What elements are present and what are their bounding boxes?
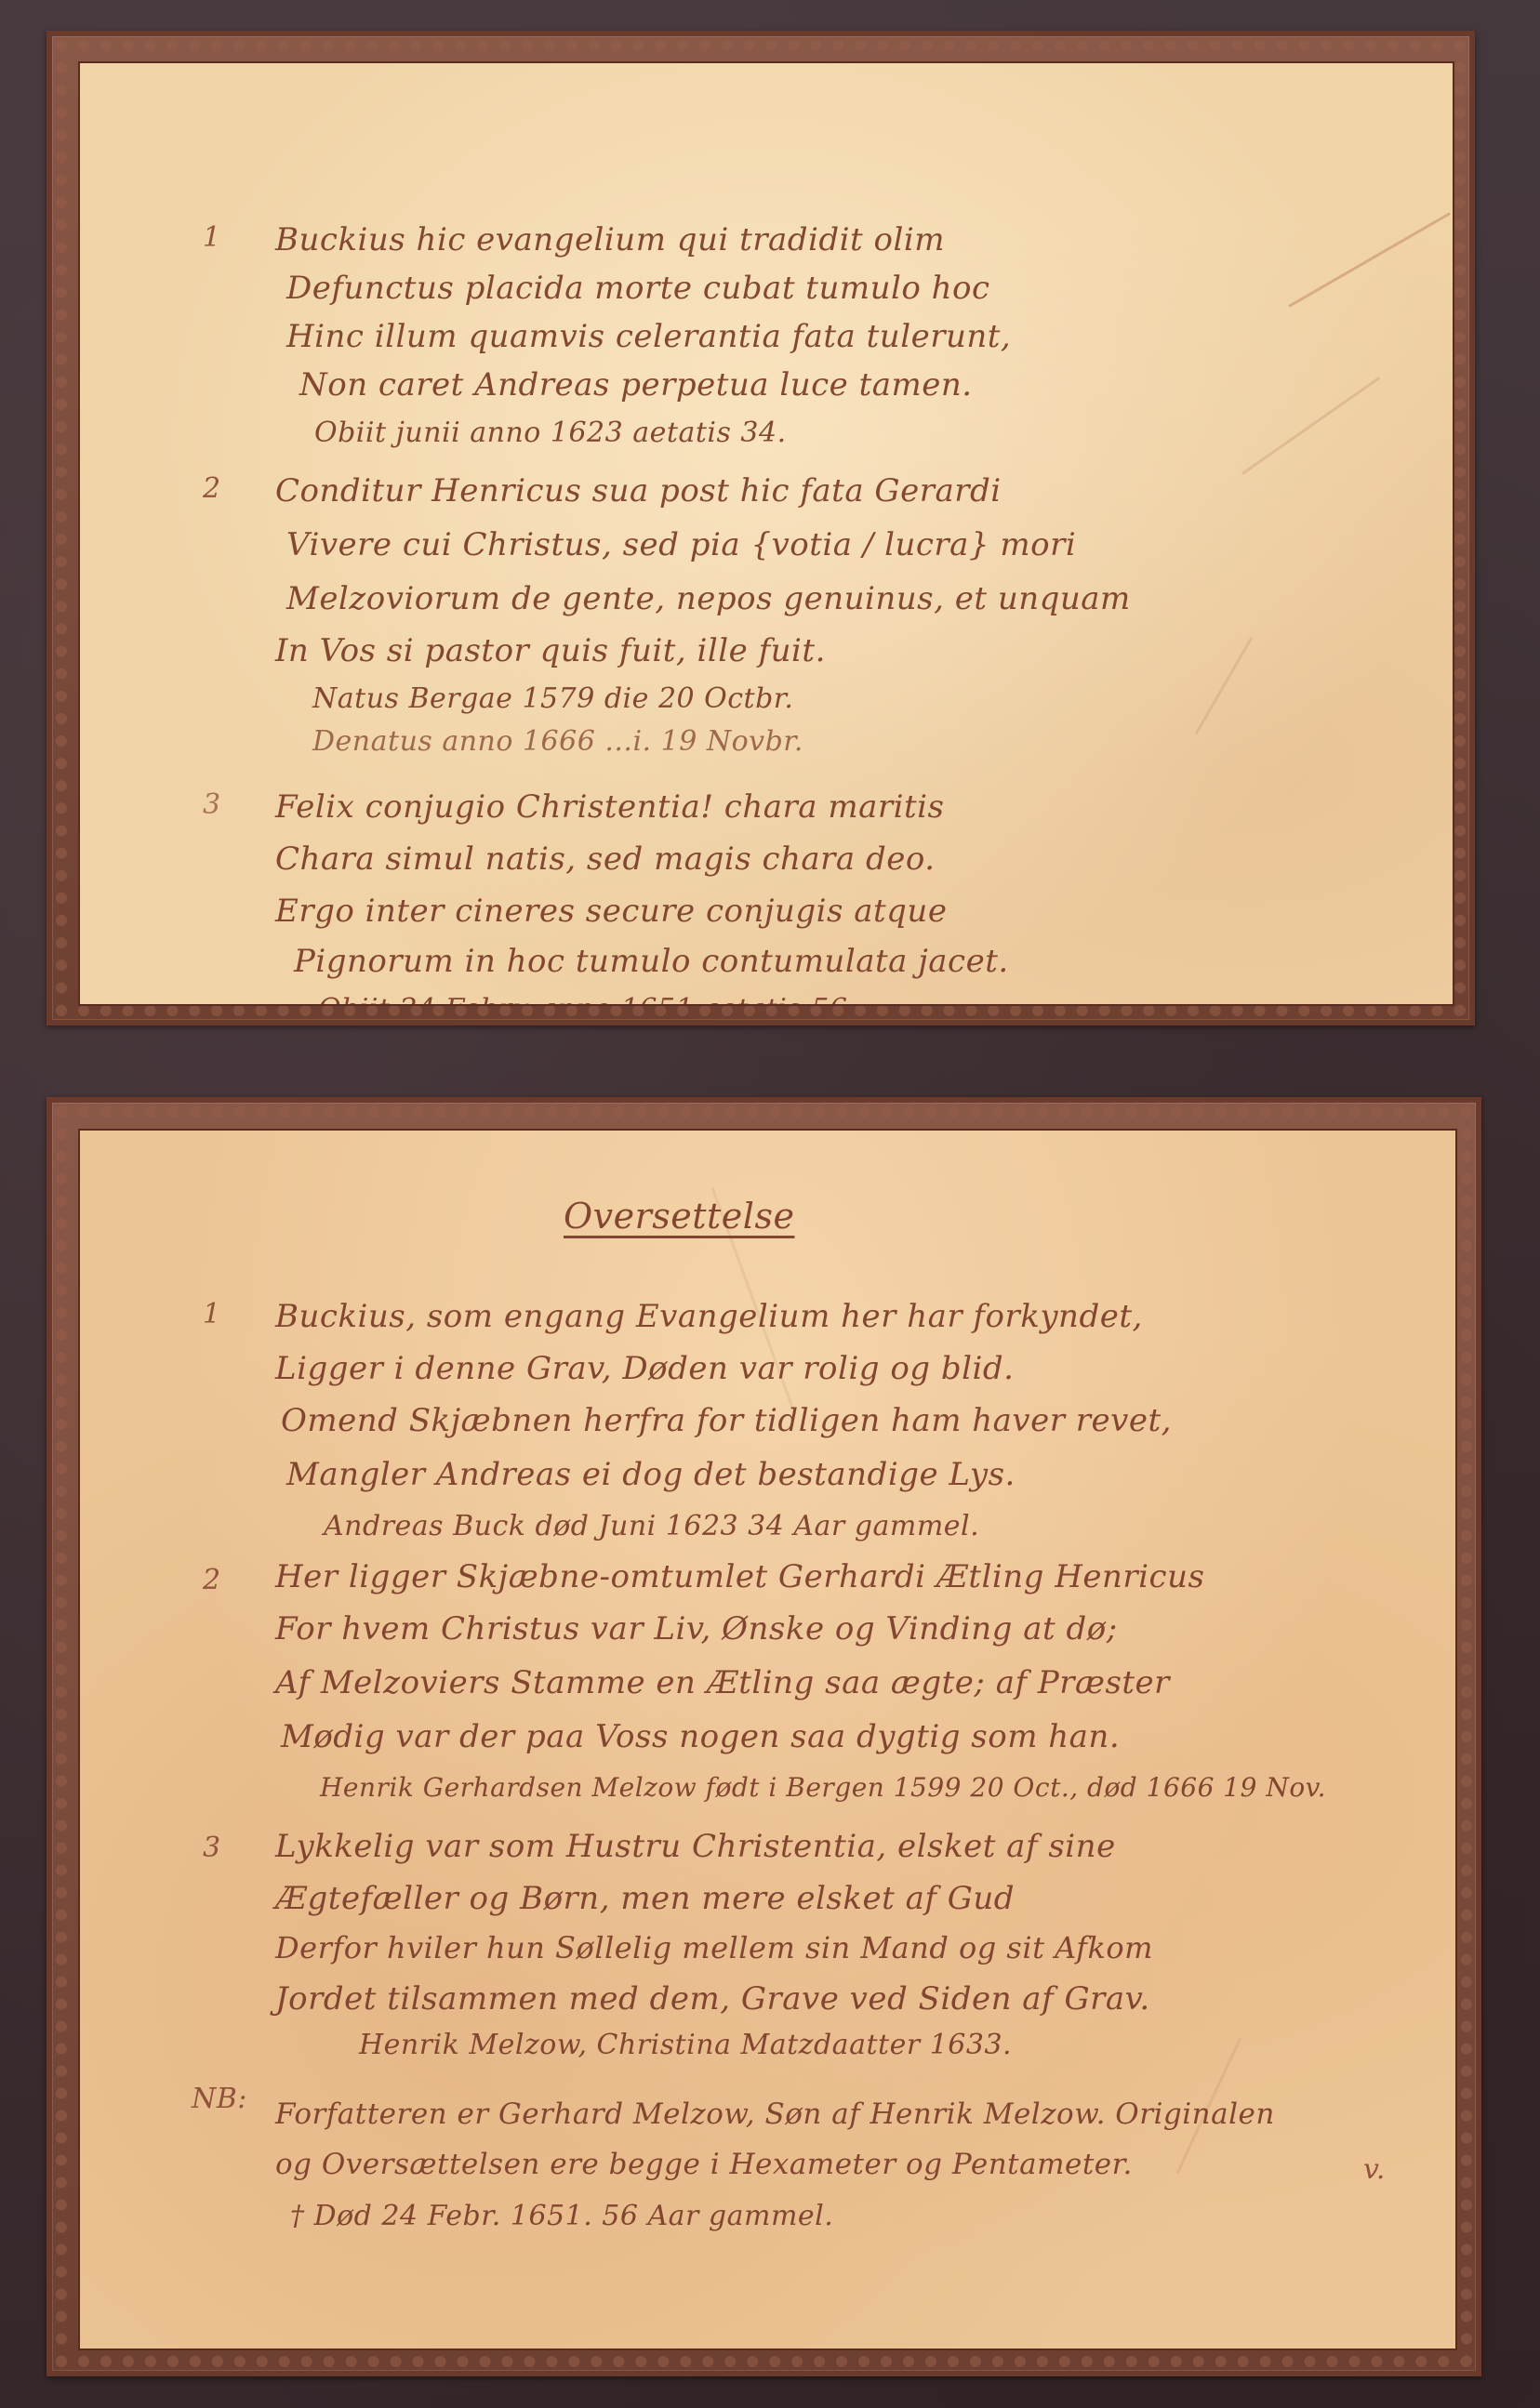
verse-line: Af Melzoviers Stamme en Ætling saa ægte;… xyxy=(275,1664,1170,1701)
verse-line: Hinc illum quamvis celerantia fata tuler… xyxy=(286,318,1011,355)
verse-line: Pignorum in hoc tumulo contumulata jacet… xyxy=(294,943,1009,980)
verse-line: Melzoviorum de gente, nepos genuinus, et… xyxy=(286,580,1131,617)
verse-line: Ligger i denne Grav, Døden var rolig og … xyxy=(275,1350,1014,1387)
death-note: Denatus anno 1666 ...i. 19 Novbr. xyxy=(312,725,803,758)
verse-line: Buckius, som engang Evangelium her har f… xyxy=(275,1298,1143,1335)
death-note: Obiit junii anno 1623 aetatis 34. xyxy=(314,417,787,449)
verse-line: Felix conjugio Christentia! chara mariti… xyxy=(275,788,944,826)
signature-note: Henrik Melzow, Christina Matzdaatter 163… xyxy=(359,2029,1012,2061)
death-note: Andreas Buck død Juni 1623 34 Aar gammel… xyxy=(324,1510,979,1542)
verse-line: Her ligger Skjæbne-omtumlet Gerhardi Ætl… xyxy=(275,1558,1204,1595)
verse-line: Conditur Henricus sua post hic fata Gera… xyxy=(275,472,1002,509)
verse-line: Mødig var der paa Voss nogen saa dygtig … xyxy=(281,1718,1120,1755)
footnote-line: og Oversættelsen ere begge i Hexameter o… xyxy=(275,2148,1133,2181)
nb-marker: NB: xyxy=(192,2083,247,2115)
verse-line: Buckius hic evangelium qui tradidit olim xyxy=(275,221,945,258)
verse-line: Vivere cui Christus, sed pia {votia / lu… xyxy=(286,526,1076,563)
section-number: 1 xyxy=(203,221,221,254)
section-number: 3 xyxy=(203,788,221,821)
stain-mark xyxy=(1195,637,1254,734)
verse-line: Omend Skjæbnen herfra for tidligen ham h… xyxy=(281,1402,1172,1439)
top-frame: 1 Buckius hic evangelium qui tradidit ol… xyxy=(46,31,1475,1025)
verse-line: Ægtefæller og Børn, men mere elsket af G… xyxy=(275,1880,1015,1917)
latin-epitaph-sheet: 1 Buckius hic evangelium qui tradidit ol… xyxy=(78,61,1454,1006)
verse-line: Jordet tilsammen med dem, Grave ved Side… xyxy=(275,1980,1150,2018)
section-number: 2 xyxy=(203,1564,221,1596)
death-note: Obiit 24 Febru anno 1651 aetatis 56. xyxy=(318,993,857,1006)
verse-line: Lykkelig var som Hustru Christentia, els… xyxy=(275,1828,1116,1865)
verse-line: Ergo inter cineres secure conjugis atque xyxy=(275,893,947,930)
footnote-line: Forfatteren er Gerhard Melzow, Søn af He… xyxy=(275,2097,1275,2131)
section-number: 2 xyxy=(203,472,221,505)
verse-line: Non caret Andreas perpetua luce tamen. xyxy=(299,366,973,404)
norwegian-translation-sheet: Oversettelse 1 Buckius, som engang Evang… xyxy=(78,1129,1457,2350)
bottom-frame: Oversettelse 1 Buckius, som engang Evang… xyxy=(46,1097,1481,2376)
verse-line: Defunctus placida morte cubat tumulo hoc xyxy=(286,270,990,307)
section-number: 1 xyxy=(203,1298,221,1330)
stain-mark xyxy=(1288,212,1451,308)
verse-line: For hvem Christus var Liv, Ønske og Vind… xyxy=(275,1610,1118,1647)
birth-note: Natus Bergae 1579 die 20 Octbr. xyxy=(312,682,793,715)
verse-line: In Vos si pastor quis fuit, ille fuit. xyxy=(275,632,826,669)
translation-title: Oversettelse xyxy=(564,1196,794,1237)
verse-line: Mangler Andreas ei dog det bestandige Ly… xyxy=(286,1456,1016,1493)
margin-mark: v. xyxy=(1363,2153,1386,2186)
verse-line: Chara simul natis, sed magis chara deo. xyxy=(275,840,936,878)
verse-line: Derfor hviler hun Søllelig mellem sin Ma… xyxy=(275,1930,1153,1965)
stain-mark xyxy=(1241,377,1380,475)
death-note: † Død 24 Febr. 1651. 56 Aar gammel. xyxy=(290,2200,833,2232)
birth-death-note: Henrik Gerhardsen Melzow født i Bergen 1… xyxy=(320,1772,1326,1803)
section-number: 3 xyxy=(203,1832,221,1864)
